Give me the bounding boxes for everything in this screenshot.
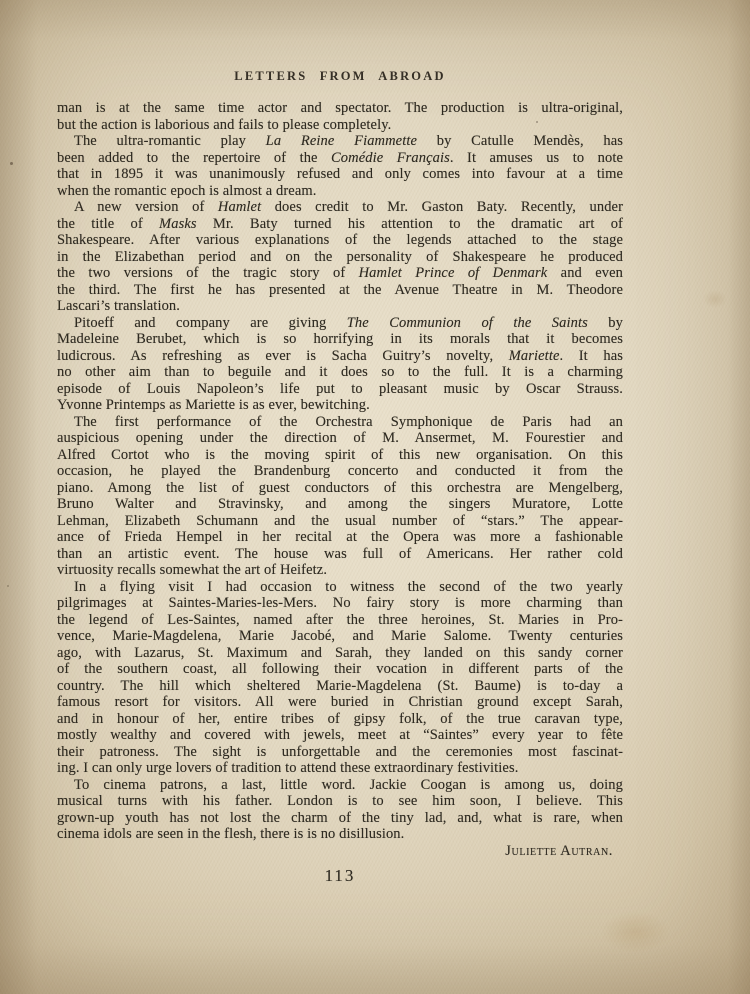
text-run: To cinema patrons, a last, little word. … <box>74 777 623 793</box>
text-run: A new version of <box>74 199 218 215</box>
text-line: the title of Masks Mr. Baty turned his a… <box>57 216 623 233</box>
text-run: virtuosity recalls somewhat the art of H… <box>57 562 327 578</box>
text-line: than an artistic event. The house was fu… <box>57 546 623 563</box>
paragraph: To cinema patrons, a last, little word. … <box>57 777 623 843</box>
text-line: man is at the same time actor and specta… <box>57 100 623 117</box>
text-run: but the action is laborious and fails to… <box>57 117 391 133</box>
italic-title: Hamlet <box>218 199 261 215</box>
paragraph: The ultra-romantic play La Reine Fiammet… <box>57 133 623 199</box>
text-line: in the Elizabethan period and on the per… <box>57 249 623 266</box>
text-line: musical turns with his father. London is… <box>57 793 623 810</box>
text-run: Lehman, Elizabeth Schumann and the usual… <box>57 513 623 529</box>
text-run: that in 1895 it was unanimously refused … <box>57 166 623 182</box>
signature: Juliette Autran. <box>57 843 623 860</box>
text-run: Lascari’s translation. <box>57 298 180 314</box>
text-run: famous resort for visitors. All were bur… <box>57 694 623 710</box>
page-number: 113 <box>57 868 623 885</box>
text-run: the two versions of the tragic story of <box>57 265 359 281</box>
text-block: man is at the same time actor and specta… <box>57 100 623 885</box>
text-run: and in honour of her, entire tribes of g… <box>57 711 623 727</box>
text-run: . It has <box>559 348 623 364</box>
italic-title: Hamlet Prince of Denmark <box>359 265 548 281</box>
text-run: by Catulle Mendès, has <box>417 133 623 149</box>
text-run: Pitoeff and company are giving <box>74 315 347 331</box>
italic-title: Masks <box>159 216 197 232</box>
text-run: ing. I can only urge lovers of tradition… <box>57 760 518 776</box>
text-line: Shakespeare. After various explanations … <box>57 232 623 249</box>
text-run: the title of <box>57 216 159 232</box>
text-run: The first performance of the Orchestra S… <box>74 414 623 430</box>
text-line: ludicrous. As refreshing as ever is Sach… <box>57 348 623 365</box>
text-line: cinema idols are seen in the flesh, ther… <box>57 826 623 843</box>
paragraph: Pitoeff and company are giving The Commu… <box>57 315 623 414</box>
text-run: man is at the same time actor and specta… <box>57 100 623 116</box>
text-line: Bruno Walter and Stravinsky, and among t… <box>57 496 623 513</box>
text-run: Shakespeare. After various explanations … <box>57 232 623 248</box>
ink-speck <box>7 585 9 587</box>
text-line: auspicious opening under the direction o… <box>57 430 623 447</box>
text-run: ance of Frieda Hempel in her recital at … <box>57 529 623 545</box>
italic-title: Mariette <box>509 348 560 364</box>
text-run: been added to the repertoire of the <box>57 150 331 166</box>
text-run: Yvonne Printemps as Mariette is as ever,… <box>57 397 370 413</box>
paragraph: man is at the same time actor and specta… <box>57 100 623 133</box>
text-run: mostly wealthy and covered with jewels, … <box>57 727 623 743</box>
text-line: virtuosity recalls somewhat the art of H… <box>57 562 623 579</box>
text-run: The ultra-romantic play <box>74 133 266 149</box>
text-run: by <box>588 315 623 331</box>
text-line: ing. I can only urge lovers of tradition… <box>57 760 623 777</box>
text-run: when the romantic epoch is almost a drea… <box>57 183 316 199</box>
text-line: grown-up youth has not lost the charm of… <box>57 810 623 827</box>
text-line: Madeleine Berubet, which is so horrifyin… <box>57 331 623 348</box>
text-line: To cinema patrons, a last, little word. … <box>57 777 623 794</box>
text-line: In a flying visit I had occasion to witn… <box>57 579 623 596</box>
text-line: and in honour of her, entire tribes of g… <box>57 711 623 728</box>
text-line: Pitoeff and company are giving The Commu… <box>57 315 623 332</box>
text-line: The ultra-romantic play La Reine Fiammet… <box>57 133 623 150</box>
text-line: Alfred Cortot who is the moving spirit o… <box>57 447 623 464</box>
italic-title: La Reine Fiammette <box>266 133 417 149</box>
text-run: Madeleine Berubet, which is so horrifyin… <box>57 331 623 347</box>
text-run: pilgrimages at Saintes-Maries-les-Mers. … <box>57 595 623 611</box>
text-run: grown-up youth has not lost the charm of… <box>57 810 623 826</box>
text-run: the third. The first he has presented at… <box>57 282 623 298</box>
text-run: In a flying visit I had occasion to witn… <box>74 579 623 595</box>
text-line: been added to the repertoire of the Comé… <box>57 150 623 167</box>
article: man is at the same time actor and specta… <box>57 100 623 843</box>
text-run: ludicrous. As refreshing as ever is Sach… <box>57 348 509 364</box>
text-line: of the southern coast, all following the… <box>57 661 623 678</box>
text-line: ago, with Lazarus, St. Maximum and Sarah… <box>57 645 623 662</box>
text-line: country. The hill which sheltered Marie-… <box>57 678 623 695</box>
paragraph: The first performance of the Orchestra S… <box>57 414 623 579</box>
text-line: that in 1895 it was unanimously refused … <box>57 166 623 183</box>
text-line: Yvonne Printemps as Mariette is as ever,… <box>57 397 623 414</box>
text-run: their patroness. The sight is unforgetta… <box>57 744 623 760</box>
text-line: episode of Louis Napoleon’s life put to … <box>57 381 623 398</box>
text-line: when the romantic epoch is almost a drea… <box>57 183 623 200</box>
italic-title: The Communion of the Saints <box>347 315 588 331</box>
text-run: does credit to Mr. Gaston Baty. Recently… <box>261 199 623 215</box>
italic-title: Comédie Français <box>331 150 450 166</box>
text-run: Bruno Walter and Stravinsky, and among t… <box>57 496 623 512</box>
text-run: country. The hill which sheltered Marie-… <box>57 678 623 694</box>
text-line: no other aim than to beguile and it does… <box>57 364 623 381</box>
text-line: the legend of Les-Saintes, named after t… <box>57 612 623 629</box>
ink-speck <box>10 162 13 165</box>
text-line: mostly wealthy and covered with jewels, … <box>57 727 623 744</box>
text-line: The first performance of the Orchestra S… <box>57 414 623 431</box>
paragraph: In a flying visit I had occasion to witn… <box>57 579 623 777</box>
text-line: vence, Marie-Magdelena, Marie Jacobé, an… <box>57 628 623 645</box>
text-run: Mr. Baty turned his attention to the dra… <box>197 216 623 232</box>
text-line: the third. The first he has presented at… <box>57 282 623 299</box>
text-run: than an artistic event. The house was fu… <box>57 546 623 562</box>
paper-stain <box>698 286 732 312</box>
text-run: musical turns with his father. London is… <box>57 793 623 809</box>
text-line: famous resort for visitors. All were bur… <box>57 694 623 711</box>
text-line: occasion, he played the Brandenburg conc… <box>57 463 623 480</box>
text-line: their patroness. The sight is unforgetta… <box>57 744 623 761</box>
text-line: pilgrimages at Saintes-Maries-les-Mers. … <box>57 595 623 612</box>
paper-stain <box>588 903 683 961</box>
text-run: no other aim than to beguile and it does… <box>57 364 623 380</box>
text-run: vence, Marie-Magdelena, Marie Jacobé, an… <box>57 628 623 644</box>
text-run: piano. Among the list of guest conductor… <box>57 480 623 496</box>
text-line: piano. Among the list of guest conductor… <box>57 480 623 497</box>
running-head: LETTERS FROM ABROAD <box>57 69 623 84</box>
text-run: and even <box>547 265 623 281</box>
text-line: but the action is laborious and fails to… <box>57 117 623 134</box>
text-line: A new version of Hamlet does credit to M… <box>57 199 623 216</box>
text-run: in the Elizabethan period and on the per… <box>57 249 623 265</box>
text-run: ago, with Lazarus, St. Maximum and Sarah… <box>57 645 623 661</box>
text-line: ance of Frieda Hempel in her recital at … <box>57 529 623 546</box>
text-run: Alfred Cortot who is the moving spirit o… <box>57 447 623 463</box>
paragraph: A new version of Hamlet does credit to M… <box>57 199 623 315</box>
text-line: Lehman, Elizabeth Schumann and the usual… <box>57 513 623 530</box>
text-run: . It amuses us to note <box>450 150 623 166</box>
text-run: auspicious opening under the direction o… <box>57 430 623 446</box>
text-run: episode of Louis Napoleon’s life put to … <box>57 381 623 397</box>
text-line: the two versions of the tragic story of … <box>57 265 623 282</box>
text-run: cinema idols are seen in the flesh, ther… <box>57 826 404 842</box>
text-run: of the southern coast, all following the… <box>57 661 623 677</box>
book-page: LETTERS FROM ABROAD man is at the same t… <box>0 0 750 994</box>
text-run: the legend of Les-Saintes, named after t… <box>57 612 623 628</box>
text-line: Lascari’s translation. <box>57 298 623 315</box>
text-run: occasion, he played the Brandenburg conc… <box>57 463 623 479</box>
